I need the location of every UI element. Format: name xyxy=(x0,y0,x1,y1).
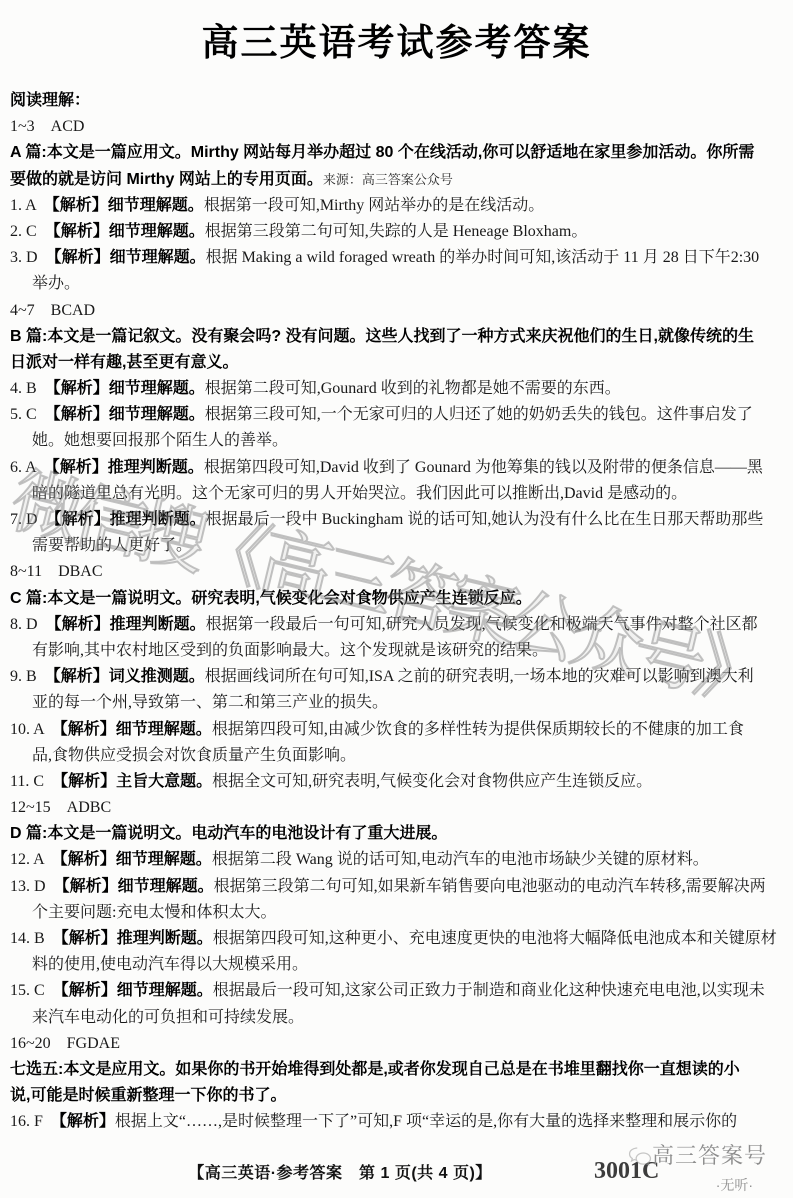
text-segment: 根据上文“……,是时候整理一下了”可知,F 项“幸运的是,你有大量的选择来整理和… xyxy=(115,1113,737,1130)
text-line: 10. A 【解析】细节理解题。根据第四段可知,由减少饮食的多样性转为提供保质期… xyxy=(10,717,791,743)
text-segment: 12. A xyxy=(10,851,60,868)
text-segment: 4. B xyxy=(10,380,53,397)
text-segment: B 篇:本文是一篇记叙文。没有聚会吗? 没有问题。这些人找到了一种方式来庆祝他们… xyxy=(10,328,754,345)
exam-answer-page: 高三英语考试参考答案 阅读理解：1~3 ACDA 篇:本文是一篇应用文。Mirt… xyxy=(0,0,793,1198)
text-segment: 说,可能是时候重新整理一下你的书了。 xyxy=(10,1087,286,1104)
text-segment: 【解析】推理判断题。 xyxy=(52,459,204,476)
text-line: 1. A 【解析】细节理解题。根据第一段可知,Mirthy 网站举办的是在线活动… xyxy=(10,193,791,219)
text-segment: 根据第三段可知,一个无家可归的人归还了她的奶奶丢失的钱包。这件事启发了 xyxy=(205,406,753,423)
text-line: 6. A 【解析】推理判断题。根据第四段可知,David 收到了 Gounard… xyxy=(10,455,791,481)
text-segment: 5. C xyxy=(10,406,53,423)
wechat-icon xyxy=(628,1146,652,1173)
text-segment: 根据第四段可知,这种更小、充电速度更快的电池将大幅降低电池成本和关键原材 xyxy=(213,930,777,947)
text-segment: 16~20 FGDAE xyxy=(10,1035,120,1052)
text-line: 16. F 【解析】根据上文“……,是时候整理一下了”可知,F 项“幸运的是,你… xyxy=(10,1109,791,1135)
text-line: 12. A 【解析】细节理解题。根据第二段 Wang 说的话可知,电动汽车的电池… xyxy=(10,847,791,873)
footer-page-info: 【高三英语·参考答案 第 1 页(共 4 页)】 xyxy=(0,1160,680,1183)
text-segment: 【解析】细节理解题。 xyxy=(53,223,205,240)
text-line: 16~20 FGDAE xyxy=(10,1031,791,1057)
text-line: 个主要问题:充电太慢和体积太大。 xyxy=(10,900,791,926)
text-segment: 根据第一段最后一句可知,研究人员发现,气候变化和极端天气事件对整个社区都 xyxy=(206,616,758,633)
text-line: 亚的每一个州,导致第一、第二和第三产业的损失。 xyxy=(10,690,791,716)
text-line: 14. B 【解析】推理判断题。根据第四段可知,这种更小、充电速度更快的电池将大… xyxy=(10,926,791,952)
text-segment: 七选五:本文是应用文。如果你的书开始堆得到处都是,或者你发现自己总是在书堆里翻找… xyxy=(10,1061,740,1078)
text-segment: 亚的每一个州,导致第一、第二和第三产业的损失。 xyxy=(32,694,388,711)
document-body: 阅读理解：1~3 ACDA 篇:本文是一篇应用文。Mirthy 网站每月举办超过… xyxy=(10,88,791,1136)
text-segment: 【解析】细节理解题。 xyxy=(61,982,213,999)
text-segment: 【解析】细节理解题。 xyxy=(53,380,205,397)
text-segment: 【解析】推理判断题。 xyxy=(61,930,213,947)
text-segment: 【解析】主旨大意题。 xyxy=(60,773,212,790)
text-segment: A 篇:本文是一篇应用文。Mirthy 网站每月举办超过 80 个在线活动,你可… xyxy=(10,144,754,161)
text-segment: 根据最后一段可知,这家公司正致力于制造和商业化这种快速充电电池,以实现未 xyxy=(213,982,765,999)
text-segment: 12~15 ADBC xyxy=(10,799,111,816)
text-segment: 她。她想要回报那个陌生人的善举。 xyxy=(32,432,288,449)
text-line: 有影响,其中农村地区受到的负面影响最大。这个发现就是该研究的结果。 xyxy=(10,638,791,664)
text-segment: 【解析】细节理解题。 xyxy=(60,721,212,738)
text-line: 说,可能是时候重新整理一下你的书了。 xyxy=(10,1083,791,1109)
text-segment: 7. D xyxy=(10,511,54,528)
text-segment: 【解析】细节理解题。 xyxy=(52,197,204,214)
text-segment: 来汽车电动化的可负担和可持续发展。 xyxy=(32,1009,304,1026)
text-line: 需要帮助的人更好了。 xyxy=(10,533,791,559)
text-segment: 9. B xyxy=(10,668,53,685)
text-line: 15. C 【解析】细节理解题。根据最后一段可知,这家公司正致力于制造和商业化这… xyxy=(10,978,791,1004)
text-segment: D 篇:本文是一篇说明文。电动汽车的电池设计有了重大进展。 xyxy=(10,825,447,842)
text-segment: 6. A xyxy=(10,459,52,476)
text-segment: 【解析】细节理解题。 xyxy=(54,249,206,266)
text-segment: 14. B xyxy=(10,930,61,947)
text-segment: 个主要问题:充电太慢和体积太大。 xyxy=(32,904,276,921)
text-segment: 阅读理解： xyxy=(10,92,90,109)
text-segment: 根据第三段第二句可知,如果新车销售要向电池驱动的电动汽车转移,需要解决两 xyxy=(214,878,766,895)
text-segment: 8~11 DBAC xyxy=(10,563,103,580)
text-line: D 篇:本文是一篇说明文。电动汽车的电池设计有了重大进展。 xyxy=(10,821,791,847)
text-line: 举办。 xyxy=(10,271,791,297)
stamp-title: 高三答案号 xyxy=(652,1144,767,1168)
text-segment: 举办。 xyxy=(32,275,80,292)
text-segment: 根据画线词所在句可知,ISA 之前的研究表明,一场本地的灾难可以影响到澳大利 xyxy=(205,668,754,685)
text-segment: 10. A xyxy=(10,721,60,738)
text-segment: 日派对一样有趣,甚至更有意义。 xyxy=(10,354,238,371)
text-segment: 有影响,其中农村地区受到的负面影响最大。这个发现就是该研究的结果。 xyxy=(32,642,548,659)
text-line: 4. B 【解析】细节理解题。根据第二段可知,Gounard 收到的礼物都是她不… xyxy=(10,376,791,402)
text-segment: 【解析】推理判断题。 xyxy=(54,616,206,633)
text-line: 1~3 ACD xyxy=(10,114,791,140)
text-segment: 【解析】细节理解题。 xyxy=(60,851,212,868)
text-segment: 根据最后一段中 Buckingham 说的话可知,她认为没有什么比在生日那天帮助… xyxy=(206,511,764,528)
text-segment: 根据第一段可知,Mirthy 网站举办的是在线活动。 xyxy=(204,197,544,214)
text-line: 她。她想要回报那个陌生人的善举。 xyxy=(10,428,791,454)
text-segment: 1~3 ACD xyxy=(10,118,84,135)
publisher-stamp: 高三答案号 ·无听· xyxy=(628,1144,767,1195)
text-segment: 3. D xyxy=(10,249,54,266)
text-segment: 暗的隧道里总有光明。这个无家可归的男人开始哭泣。我们因此可以推断出,David … xyxy=(32,485,687,502)
text-segment: 来源：高三答案公众号 xyxy=(323,172,453,187)
text-line: 七选五:本文是应用文。如果你的书开始堆得到处都是,或者你发现自己总是在书堆里翻找… xyxy=(10,1057,791,1083)
text-segment: 根据第二段 Wang 说的话可知,电动汽车的电池市场缺少关键的原材料。 xyxy=(212,851,709,868)
text-line: B 篇:本文是一篇记叙文。没有聚会吗? 没有问题。这些人找到了一种方式来庆祝他们… xyxy=(10,324,791,350)
text-segment: 根据第四段可知,由减少饮食的多样性转为提供保质期较长的不健康的加工食 xyxy=(212,721,744,738)
text-line: C 篇:本文是一篇说明文。研究表明,气候变化会对食物供应产生连锁反应。 xyxy=(10,586,791,612)
text-segment: 根据第三段第二句可知,失踪的人是 Heneage Bloxham。 xyxy=(205,223,588,240)
text-line: 7. D 【解析】推理判断题。根据最后一段中 Buckingham 说的话可知,… xyxy=(10,507,791,533)
text-line: 8. D 【解析】推理判断题。根据第一段最后一句可知,研究人员发现,气候变化和极… xyxy=(10,612,791,638)
text-line: 日派对一样有趣,甚至更有意义。 xyxy=(10,350,791,376)
page-title: 高三英语考试参考答案 xyxy=(0,12,793,66)
text-line: 12~15 ADBC xyxy=(10,795,791,821)
text-segment: 【解析】 xyxy=(59,1113,115,1130)
text-segment: 品,食物供应受损会对饮食质量产生负面影响。 xyxy=(32,747,356,764)
text-segment: 【解析】细节理解题。 xyxy=(62,878,214,895)
text-line: 13. D 【解析】细节理解题。根据第三段第二句可知,如果新车销售要向电池驱动的… xyxy=(10,874,791,900)
text-segment: 16. F xyxy=(10,1113,59,1130)
text-line: 4~7 BCAD xyxy=(10,298,791,324)
text-segment: 料的使用,使电动汽车得以大规模采用。 xyxy=(32,956,308,973)
text-segment: 需要帮助的人更好了。 xyxy=(32,537,192,554)
text-line: 品,食物供应受损会对饮食质量产生负面影响。 xyxy=(10,743,791,769)
text-segment: 【解析】推理判断题。 xyxy=(54,511,206,528)
text-line: A 篇:本文是一篇应用文。Mirthy 网站每月举办超过 80 个在线活动,你可… xyxy=(10,140,791,166)
text-segment: C 篇:本文是一篇说明文。研究表明,气候变化会对食物供应产生连锁反应。 xyxy=(10,590,532,607)
text-segment: 根据第二段可知,Gounard 收到的礼物都是她不需要的东西。 xyxy=(205,380,621,397)
stamp-subtitle: ·无听· xyxy=(628,1175,767,1195)
text-line: 阅读理解： xyxy=(10,88,791,114)
text-segment: 4~7 BCAD xyxy=(10,302,95,319)
text-line: 料的使用,使电动汽车得以大规模采用。 xyxy=(10,952,791,978)
text-line: 8~11 DBAC xyxy=(10,559,791,585)
text-segment: 2. C xyxy=(10,223,53,240)
text-segment: 要做的就是访问 Mirthy 网站上的专用页面。 xyxy=(10,171,323,188)
text-segment: 根据全文可知,研究表明,气候变化会对食物供应产生连锁反应。 xyxy=(212,773,652,790)
text-line: 来汽车电动化的可负担和可持续发展。 xyxy=(10,1005,791,1031)
text-line: 9. B 【解析】词义推测题。根据画线词所在句可知,ISA 之前的研究表明,一场… xyxy=(10,664,791,690)
text-segment: 8. D xyxy=(10,616,54,633)
text-line: 2. C 【解析】细节理解题。根据第三段第二句可知,失踪的人是 Heneage … xyxy=(10,219,791,245)
text-segment: 【解析】词义推测题。 xyxy=(53,668,205,685)
text-segment: 11. C xyxy=(10,773,60,790)
text-line: 11. C 【解析】主旨大意题。根据全文可知,研究表明,气候变化会对食物供应产生… xyxy=(10,769,791,795)
text-line: 要做的就是访问 Mirthy 网站上的专用页面。来源：高三答案公众号 xyxy=(10,167,791,193)
text-segment: 15. C xyxy=(10,982,61,999)
text-line: 3. D 【解析】细节理解题。根据 Making a wild foraged … xyxy=(10,245,791,271)
text-segment: 13. D xyxy=(10,878,62,895)
text-line: 暗的隧道里总有光明。这个无家可归的男人开始哭泣。我们因此可以推断出,David … xyxy=(10,481,791,507)
text-segment: 1. A xyxy=(10,197,52,214)
text-line: 5. C 【解析】细节理解题。根据第三段可知,一个无家可归的人归还了她的奶奶丢失… xyxy=(10,402,791,428)
text-segment: 【解析】细节理解题。 xyxy=(53,406,205,423)
text-segment: 根据 Making a wild foraged wreath 的举办时间可知,… xyxy=(206,249,760,266)
text-segment: 根据第四段可知,David 收到了 Gounard 为他筹集的钱以及附带的便条信… xyxy=(204,459,763,476)
